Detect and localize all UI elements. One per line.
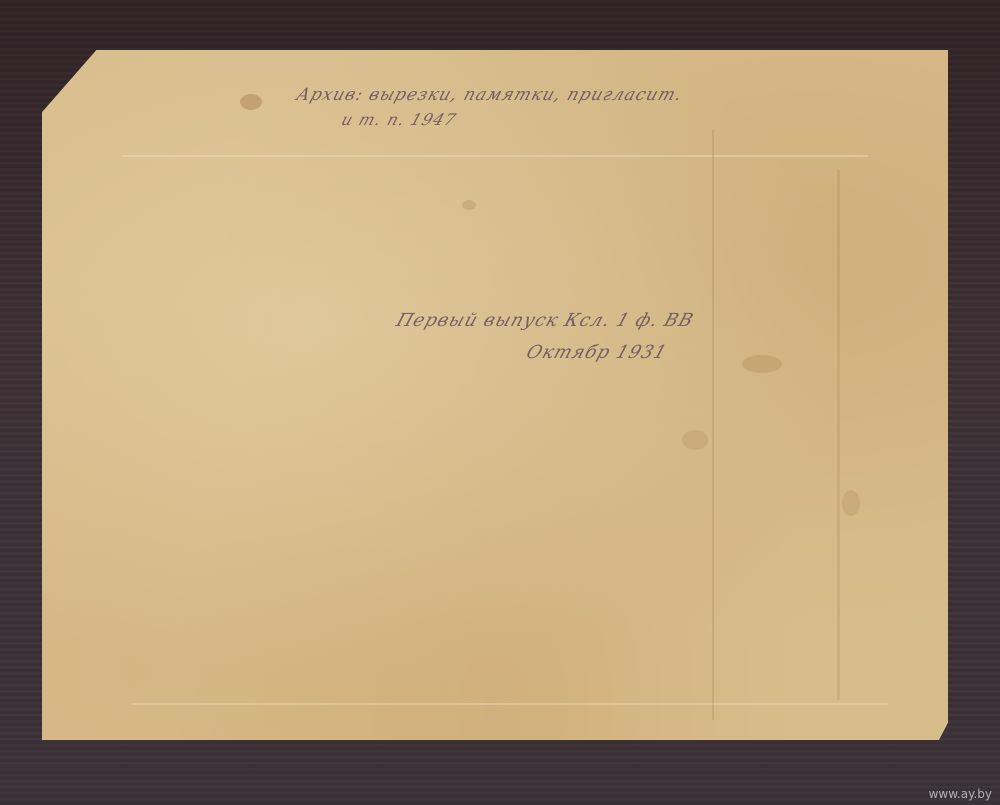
- paper-stain: [742, 355, 782, 373]
- paper-stain: [842, 490, 860, 516]
- aged-paper-document: Архив: вырезки, памятки, пригласит. и т.…: [42, 50, 948, 740]
- paper-fold-crease: [122, 155, 868, 157]
- handwritten-note-top-line-2: и т. п. 1947: [339, 110, 459, 129]
- paper-stain: [240, 94, 262, 110]
- paper-fold-crease: [132, 703, 888, 705]
- handwritten-note-middle-line-2: Октябр 1931: [524, 342, 670, 363]
- paper-fold-crease: [837, 170, 840, 700]
- handwritten-note-middle-line-1: Первый выпуск Ксл. 1 ф. ВВ: [394, 310, 697, 331]
- paper-stain: [682, 430, 708, 450]
- paper-stain: [462, 200, 476, 210]
- handwritten-note-top-line-1: Архив: вырезки, памятки, пригласит.: [294, 85, 685, 105]
- paper-fold-crease: [712, 130, 714, 720]
- site-watermark: www.ay.by: [929, 787, 992, 801]
